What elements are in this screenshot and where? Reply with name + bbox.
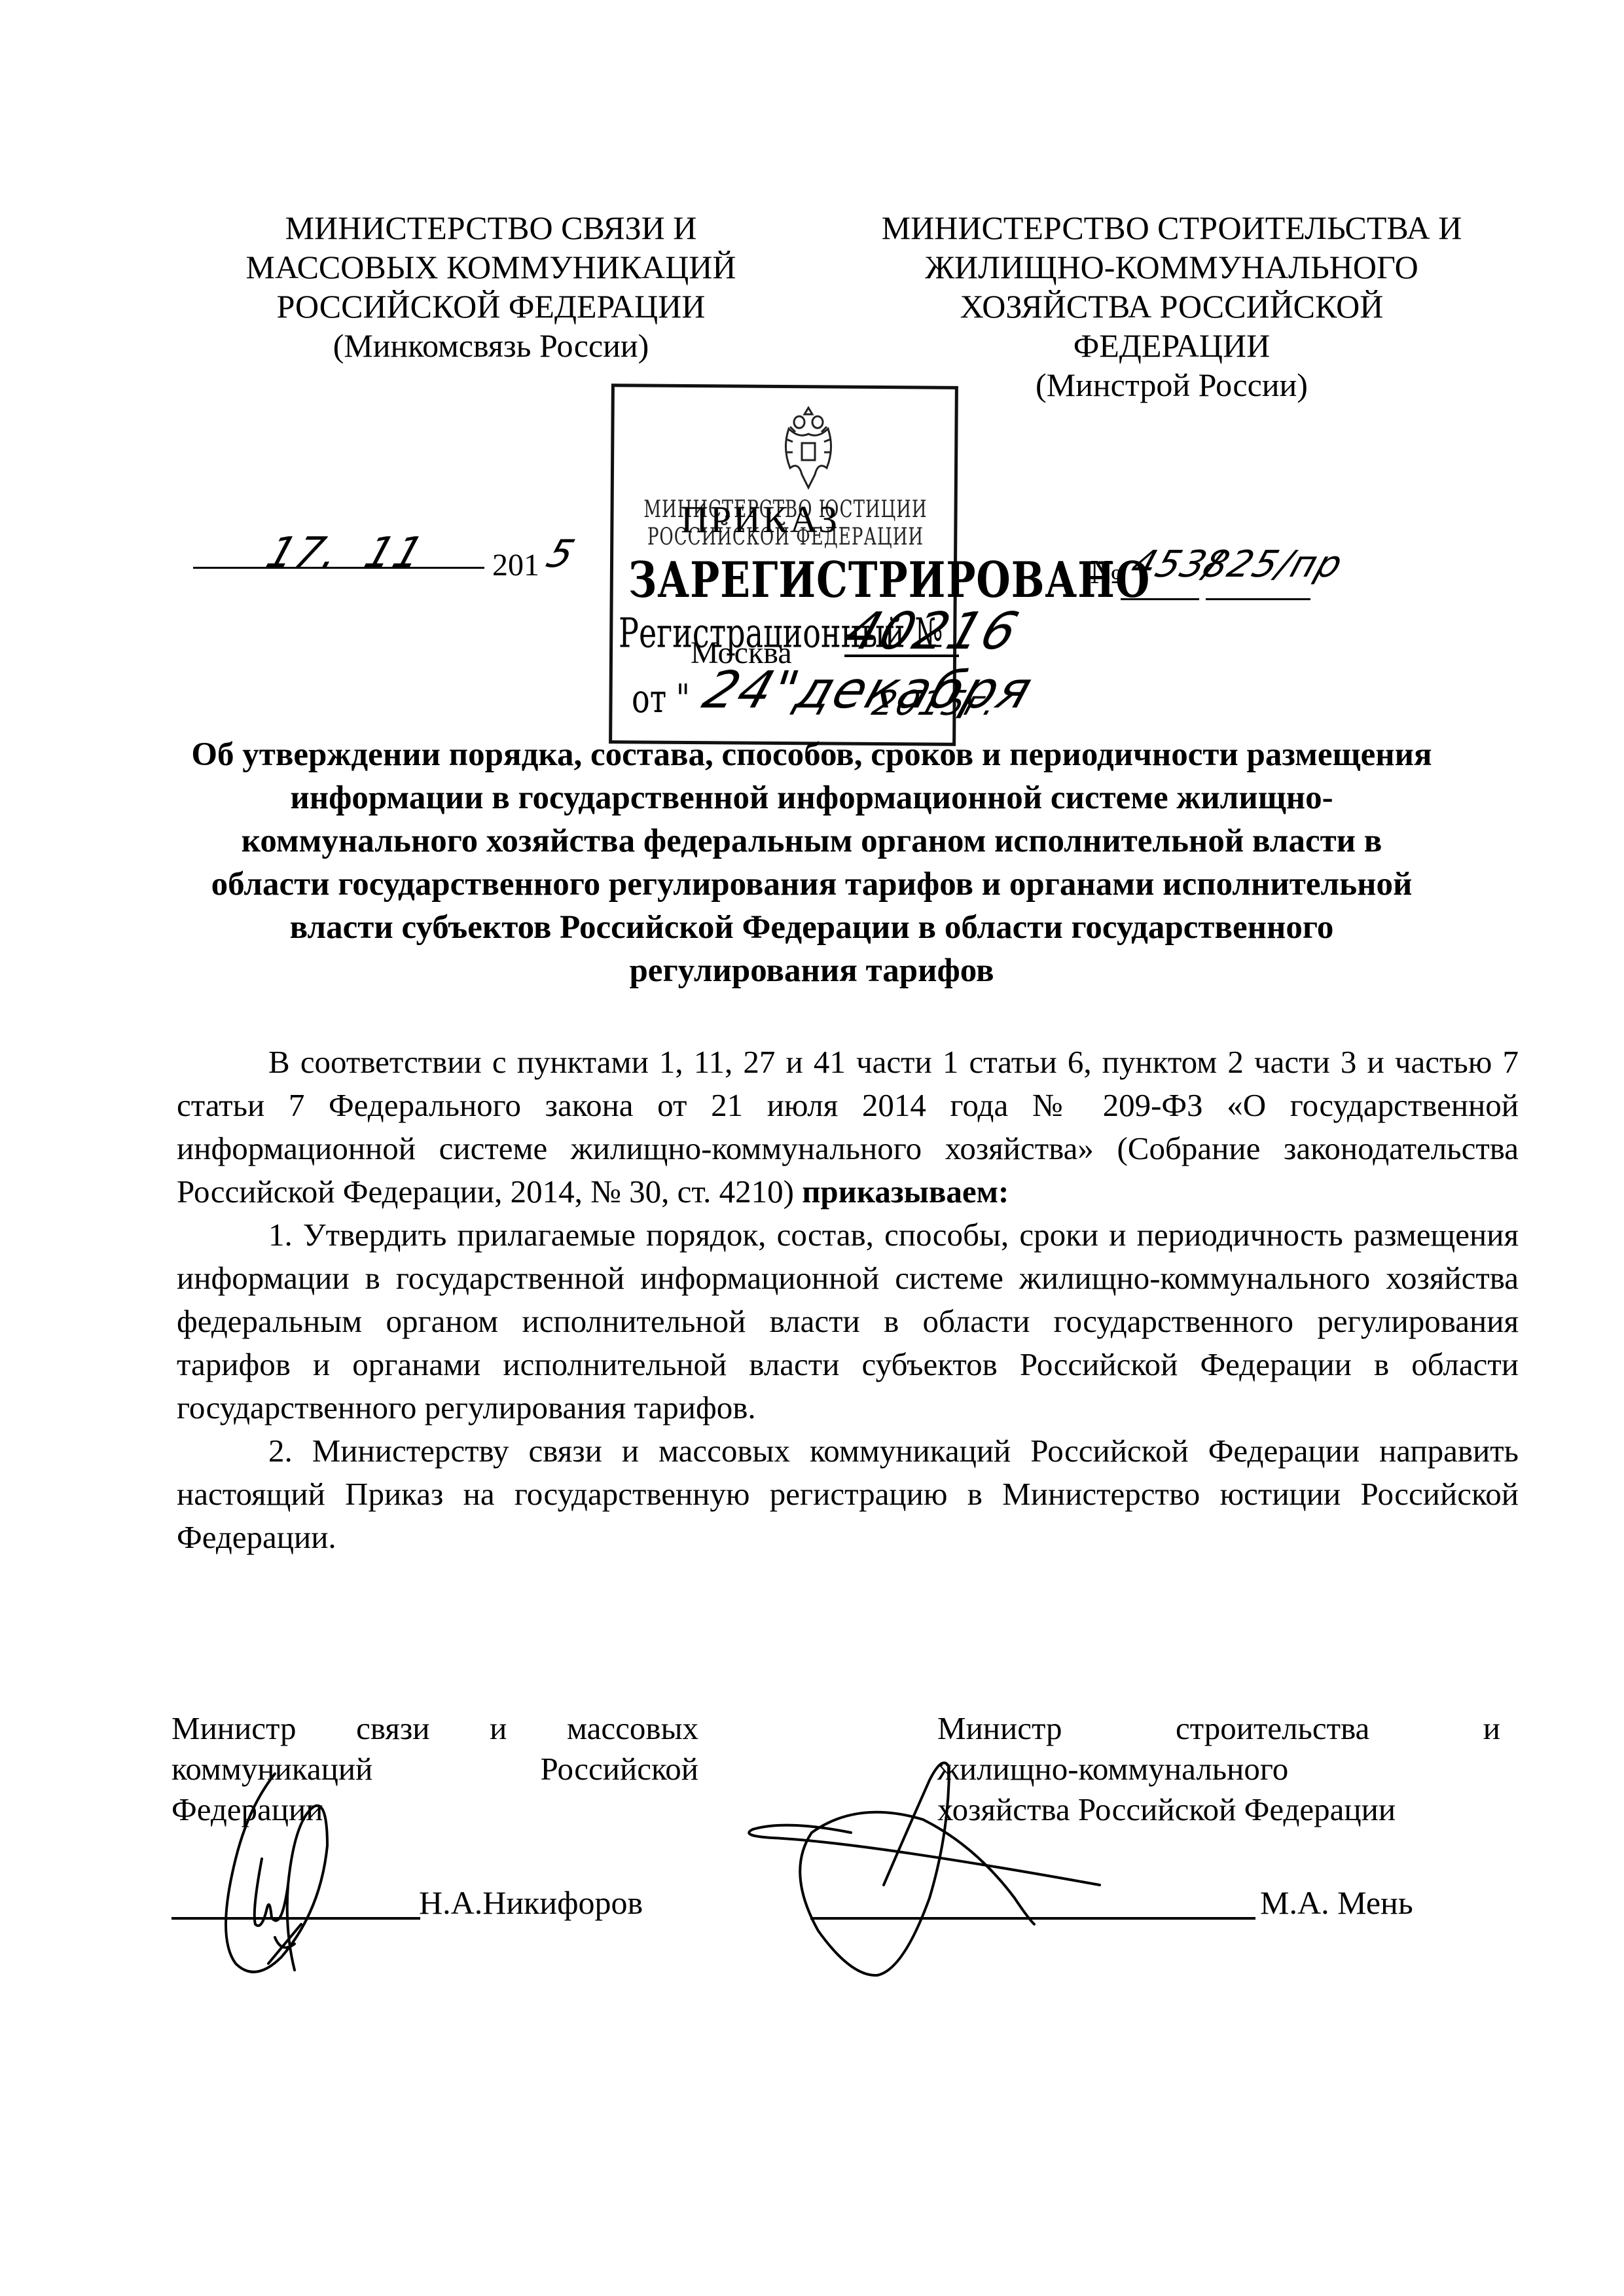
order-title: ПРИКАЗ xyxy=(681,497,839,541)
stamp-status: ЗАРЕГИСТРИРОВАНО xyxy=(628,552,1150,609)
item-1-paragraph: 1. Утвердить прилагаемые порядок, состав… xyxy=(177,1213,1519,1429)
order-word: приказываем: xyxy=(802,1174,1009,1210)
ministry-header-left: МИНИСТЕРСТВО СВЯЗИ И МАССОВЫХ КОММУНИКАЦ… xyxy=(196,208,785,365)
order-date-year-handwritten: 5 xyxy=(541,531,581,576)
order-date-month: 11 xyxy=(359,529,430,577)
number-underline xyxy=(1206,598,1310,600)
ministry-header-line: ФЕДЕРАЦИИ xyxy=(812,326,1532,365)
order-number-part2: 825/пр xyxy=(1197,543,1348,586)
stamp-reg-number: 40216 xyxy=(838,602,1026,661)
stamp-reg-underline xyxy=(844,655,959,657)
stamp-date-year: 2015г. xyxy=(867,684,1003,723)
document-body: В соответствии с пунктами 1, 11, 27 и 41… xyxy=(177,1041,1519,1559)
order-date-day: 17. xyxy=(261,529,347,577)
ministry-header-line: РОССИЙСКОЙ ФЕДЕРАЦИИ xyxy=(196,287,785,326)
signer-title-line: Министр связи и массовых xyxy=(171,1708,698,1749)
ministry-short-name: (Минкомсвязь России) xyxy=(196,326,785,365)
ministry-header-line: МИНИСТЕРСТВО СТРОИТЕЛЬСТВА И xyxy=(812,208,1532,247)
signature-right-icon xyxy=(733,1728,1178,1990)
preamble-paragraph: В соответствии с пунктами 1, 11, 27 и 41… xyxy=(177,1041,1519,1213)
ministry-header-line: МАССОВЫХ КОММУНИКАЦИЙ xyxy=(196,247,785,287)
signer-right-name: М.А. Мень xyxy=(1260,1884,1413,1922)
item-2-paragraph: 2. Министерству связи и массовых коммуни… xyxy=(177,1429,1519,1559)
number-underline xyxy=(1121,598,1199,600)
ministry-header-line: ХОЗЯЙСТВА РОССИЙСКОЙ xyxy=(812,287,1532,326)
signer-left-name: Н.А.Никифоров xyxy=(419,1884,643,1922)
ministry-header-line: МИНИСТЕРСТВО СВЯЗИ И xyxy=(196,208,785,247)
date-underline xyxy=(193,567,484,569)
order-date-year-printed: 201 xyxy=(492,547,539,583)
stamp-date-label: от " xyxy=(632,675,690,721)
coat-of-arms-icon xyxy=(776,403,841,494)
ministry-header-line: ЖИЛИЩНО-КОММУНАЛЬНОГО xyxy=(812,247,1532,287)
signature-left-icon xyxy=(190,1767,373,1983)
document-title: Об утверждении порядка, состава, способо… xyxy=(190,733,1434,992)
ministry-header-right: МИНИСТЕРСТВО СТРОИТЕЛЬСТВА И ЖИЛИЩНО-КОМ… xyxy=(812,208,1532,404)
number-sign: № xyxy=(1090,553,1123,592)
